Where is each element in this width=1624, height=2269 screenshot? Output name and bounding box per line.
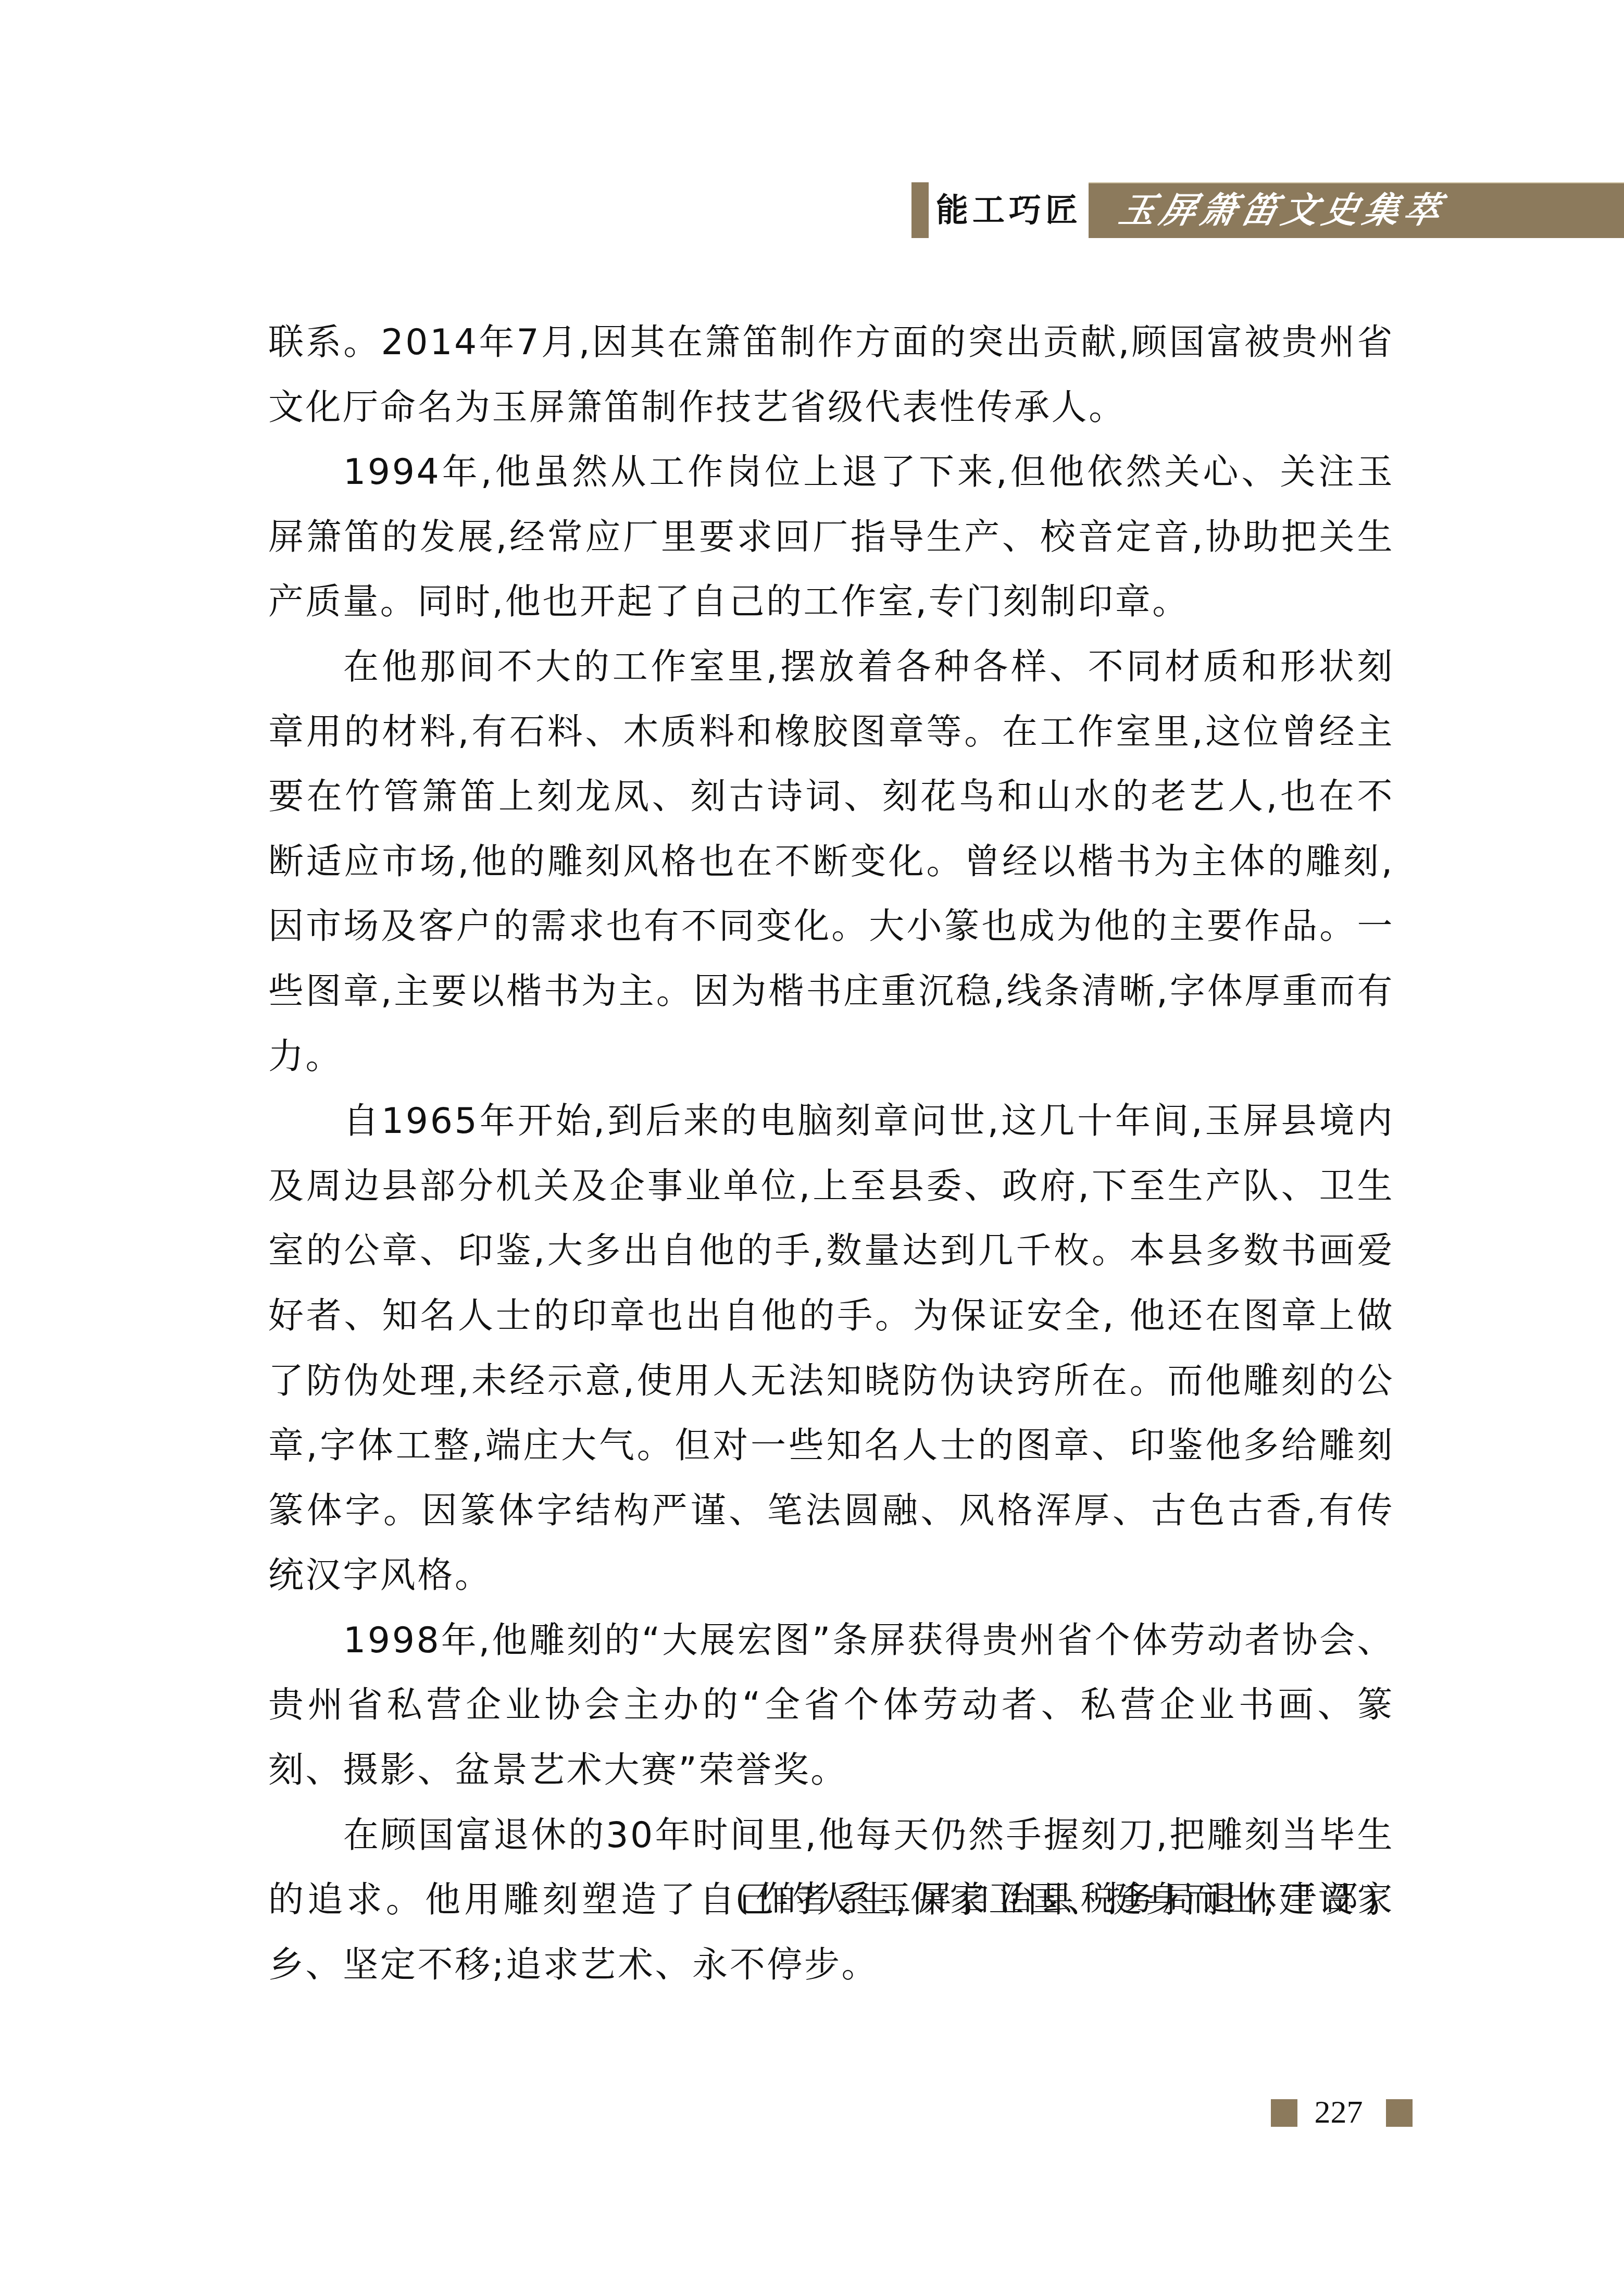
page-number: 227 <box>1302 2093 1375 2131</box>
paragraph: 在他那间不大的工作室里,摆放着各种各样、不同材质和形状刻章用的材料,有石料、木质… <box>268 635 1394 1089</box>
paragraph: 1998年,他雕刻的“大展宏图”条屏获得贵州省个体劳动者协会、贵州省私营企业协会… <box>268 1609 1394 1803</box>
header-band: 玉屏箫笛文史集萃 <box>1089 182 1624 238</box>
paragraph: 联系。2014年7月,因其在箫笛制作方面的突出贡献,顾国富被贵州省文化厅命名为玉… <box>268 310 1394 440</box>
paragraph: 1994年,他虽然从工作岗位上退了下来,但他依然关心、关注玉屏箫笛的发展,经常应… <box>268 440 1394 635</box>
article-body: 联系。2014年7月,因其在箫笛制作方面的突出贡献,顾国富被贵州省文化厅命名为玉… <box>268 310 1394 1998</box>
paragraph: 自1965年开始,到后来的电脑刻章问世,这几十年间,玉屏县境内及周边县部分机关及… <box>268 1089 1394 1609</box>
page-number-square-right <box>1386 2099 1413 2127</box>
section-title: 能工巧匠 <box>936 182 1082 238</box>
page-number-square-left <box>1271 2099 1297 2127</box>
book-title: 玉屏箫笛文史集萃 <box>1114 183 1451 238</box>
header-accent-bar <box>911 182 929 238</box>
author-note: (作者系玉屏自治县税务局退休干部) <box>735 1870 1385 1927</box>
